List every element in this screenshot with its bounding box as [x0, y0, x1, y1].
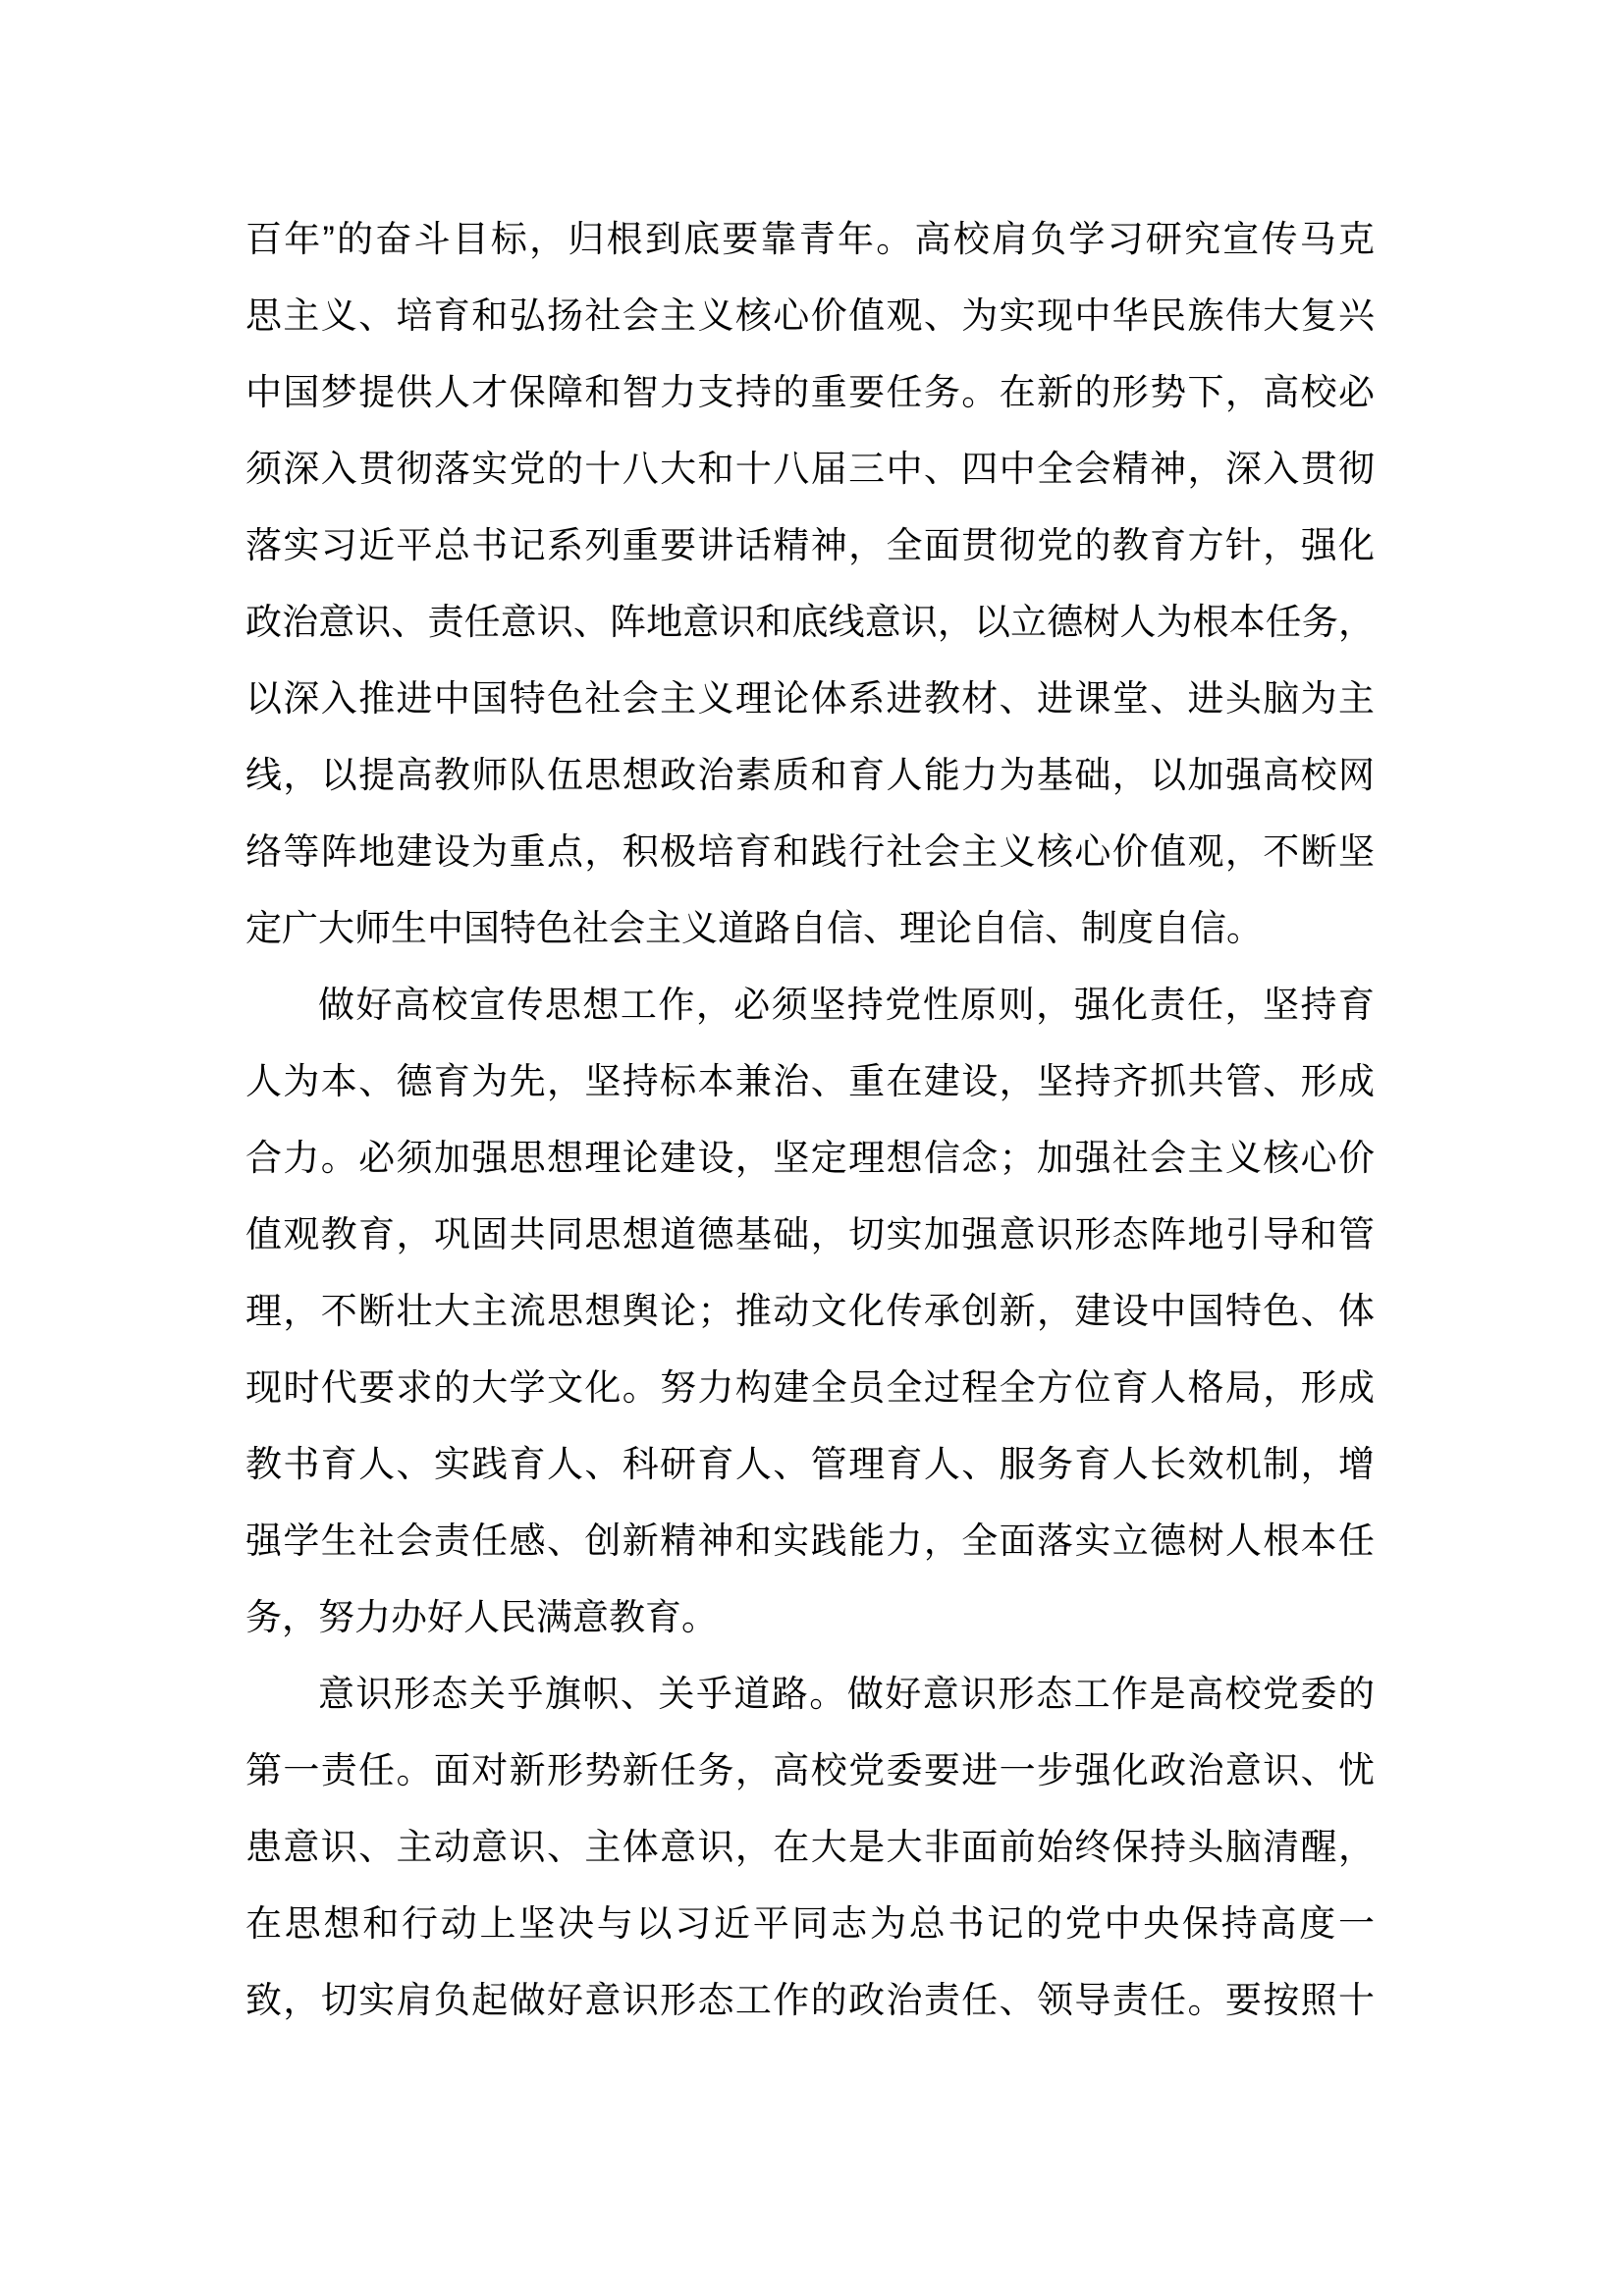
text-line: 落实习近平总书记系列重要讲话精神，全面贯彻党的教育方针，强化 — [245, 507, 1375, 584]
text-line: 思主义、培育和弘扬社会主义核心价值观、为实现中华民族伟大复兴 — [245, 278, 1375, 354]
text-line: 务，努力办好人民满意教育。 — [245, 1579, 1375, 1656]
text-line: 政治意识、责任意识、阵地意识和底线意识，以立德树人为根本任务， — [245, 584, 1375, 661]
document-page: 百年”的奋斗目标，归根到底要靠青年。高校肩负学习研究宣传马克思主义、培育和弘扬社… — [0, 0, 1624, 2296]
text-line: 线，以提高教师队伍思想政治素质和育人能力为基础，以加强高校网 — [245, 737, 1375, 814]
text-line: 第一责任。面对新形势新任务，高校党委要进一步强化政治意识、忧 — [245, 1733, 1375, 1809]
text-line: 强学生社会责任感、创新精神和实践能力，全面落实立德树人根本任 — [245, 1503, 1375, 1579]
text-line: 定广大师生中国特色社会主义道路自信、理论自信、制度自信。 — [245, 890, 1375, 967]
document-text: 百年”的奋斗目标，归根到底要靠青年。高校肩负学习研究宣传马克思主义、培育和弘扬社… — [245, 201, 1375, 2039]
text-line: 理，不断壮大主流思想舆论；推动文化传承创新，建设中国特色、体 — [245, 1273, 1375, 1350]
text-line: 合力。必须加强思想理论建设，坚定理想信念；加强社会主义核心价 — [245, 1120, 1375, 1197]
text-line: 须深入贯彻落实党的十八大和十八届三中、四中全会精神，深入贯彻 — [245, 431, 1375, 507]
text-line: 以深入推进中国特色社会主义理论体系进教材、进课堂、进头脑为主 — [245, 661, 1375, 737]
text-line: 值观教育，巩固共同思想道德基础，切实加强意识形态阵地引导和管 — [245, 1197, 1375, 1273]
text-line: 患意识、主动意识、主体意识，在大是大非面前始终保持头脑清醒， — [245, 1809, 1375, 1886]
text-line: 中国梦提供人才保障和智力支持的重要任务。在新的形势下，高校必 — [245, 354, 1375, 431]
text-line: 意识形态关乎旗帜、关乎道路。做好意识形态工作是高校党委的 — [245, 1656, 1375, 1733]
text-line: 百年”的奋斗目标，归根到底要靠青年。高校肩负学习研究宣传马克 — [245, 201, 1375, 278]
text-line: 现时代要求的大学文化。努力构建全员全过程全方位育人格局，形成 — [245, 1350, 1375, 1426]
text-line: 络等阵地建设为重点，积极培育和践行社会主义核心价值观，不断坚 — [245, 814, 1375, 890]
text-line: 人为本、德育为先，坚持标本兼治、重在建设，坚持齐抓共管、形成 — [245, 1043, 1375, 1120]
text-line: 教书育人、实践育人、科研育人、管理育人、服务育人长效机制，增 — [245, 1426, 1375, 1503]
text-line: 致，切实肩负起做好意识形态工作的政治责任、领导责任。要按照十 — [245, 1962, 1375, 2039]
text-line: 做好高校宣传思想工作，必须坚持党性原则，强化责任，坚持育 — [245, 967, 1375, 1043]
text-line: 在思想和行动上坚决与以习近平同志为总书记的党中央保持高度一 — [245, 1886, 1375, 1962]
